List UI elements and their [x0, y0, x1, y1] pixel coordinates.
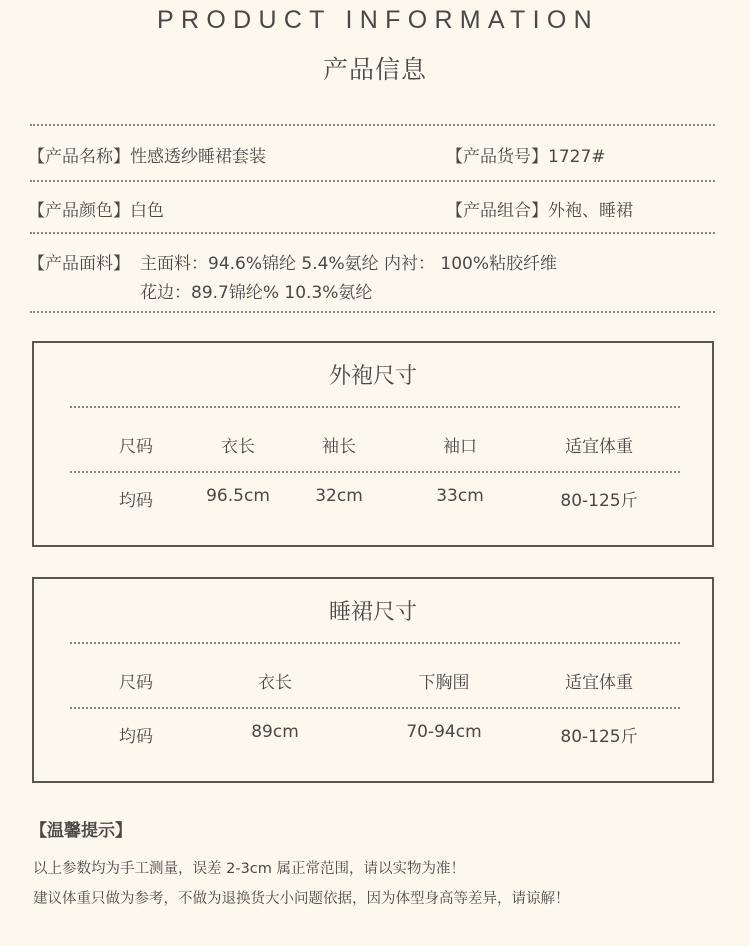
- dress-header-weight: 适宜体重: [565, 668, 633, 693]
- dress-cell-length: 89cm: [251, 722, 299, 742]
- product-name-row: 【产品名称】性感透纱睡裙套装: [28, 142, 266, 167]
- robe-cell-cuff: 33cm: [436, 486, 484, 506]
- product-sku-label: 【产品货号】: [446, 147, 548, 167]
- dress-header-size: 尺码: [119, 668, 153, 693]
- divider: [70, 707, 680, 709]
- product-color-label: 【产品颜色】: [28, 201, 130, 221]
- divider: [30, 311, 715, 313]
- tips-title: 【温馨提示】: [30, 816, 132, 841]
- product-sku-row: 【产品货号】1727#: [446, 142, 606, 167]
- dress-header-underbust: 下胸围: [419, 668, 470, 693]
- tips-line-1: 以上参数均为手工测量，误差 2-3cm 属正常范围，请以实物为准！: [33, 857, 465, 878]
- robe-size-table: 外袍尺寸 尺码 衣长 袖长 袖口 适宜体重 均码 96.5cm 32cm 33c…: [32, 341, 714, 547]
- robe-header-size: 尺码: [119, 432, 153, 457]
- robe-header-sleeve-length: 袖长: [322, 432, 356, 457]
- product-fabric-line1: 主面料：94.6%锦纶 5.4%氨纶 内衬： 100%粘胶纤维: [140, 249, 557, 274]
- product-fabric-line2: 花边：89.7锦纶% 10.3%氨纶: [140, 278, 372, 303]
- product-combo-value: 外袍、睡裙: [548, 201, 633, 221]
- divider: [70, 406, 680, 408]
- dress-header-length: 衣长: [258, 668, 292, 693]
- product-combo-label: 【产品组合】: [446, 201, 548, 221]
- dress-size-table: 睡裙尺寸 尺码 衣长 下胸围 适宜体重 均码 89cm 70-94cm 80-1…: [32, 577, 714, 783]
- product-color-value: 白色: [130, 201, 164, 221]
- robe-cell-weight: 80-125斤: [560, 486, 637, 511]
- divider: [70, 642, 680, 644]
- dress-cell-size: 均码: [119, 722, 153, 747]
- robe-header-cuff: 袖口: [443, 432, 477, 457]
- robe-table-title: 外袍尺寸: [34, 359, 712, 390]
- product-fabric-label: 【产品面料】: [28, 249, 130, 274]
- divider: [30, 232, 715, 234]
- product-sku-value: 1727#: [548, 147, 606, 167]
- robe-cell-sleeve-length: 32cm: [315, 486, 363, 506]
- robe-cell-length: 96.5cm: [206, 486, 270, 506]
- product-combo-row: 【产品组合】外袍、睡裙: [446, 196, 633, 221]
- robe-cell-size: 均码: [119, 486, 153, 511]
- dress-table-title: 睡裙尺寸: [34, 595, 712, 626]
- robe-header-length: 衣长: [221, 432, 255, 457]
- robe-header-weight: 适宜体重: [565, 432, 633, 457]
- product-color-row: 【产品颜色】白色: [28, 196, 164, 221]
- product-name-label: 【产品名称】: [28, 147, 130, 167]
- dress-cell-underbust: 70-94cm: [406, 722, 481, 742]
- tips-line-2: 建议体重只做为参考，不做为退换货大小问题依据，因为体型身高等差异，请谅解！: [33, 887, 570, 908]
- dress-cell-weight: 80-125斤: [560, 722, 637, 747]
- divider: [30, 124, 715, 126]
- divider: [30, 180, 715, 182]
- product-name-value: 性感透纱睡裙套装: [130, 147, 266, 167]
- divider: [70, 471, 680, 473]
- title-chinese: 产品信息: [0, 50, 750, 86]
- title-english: PRODUCT INFORMATION: [0, 6, 750, 35]
